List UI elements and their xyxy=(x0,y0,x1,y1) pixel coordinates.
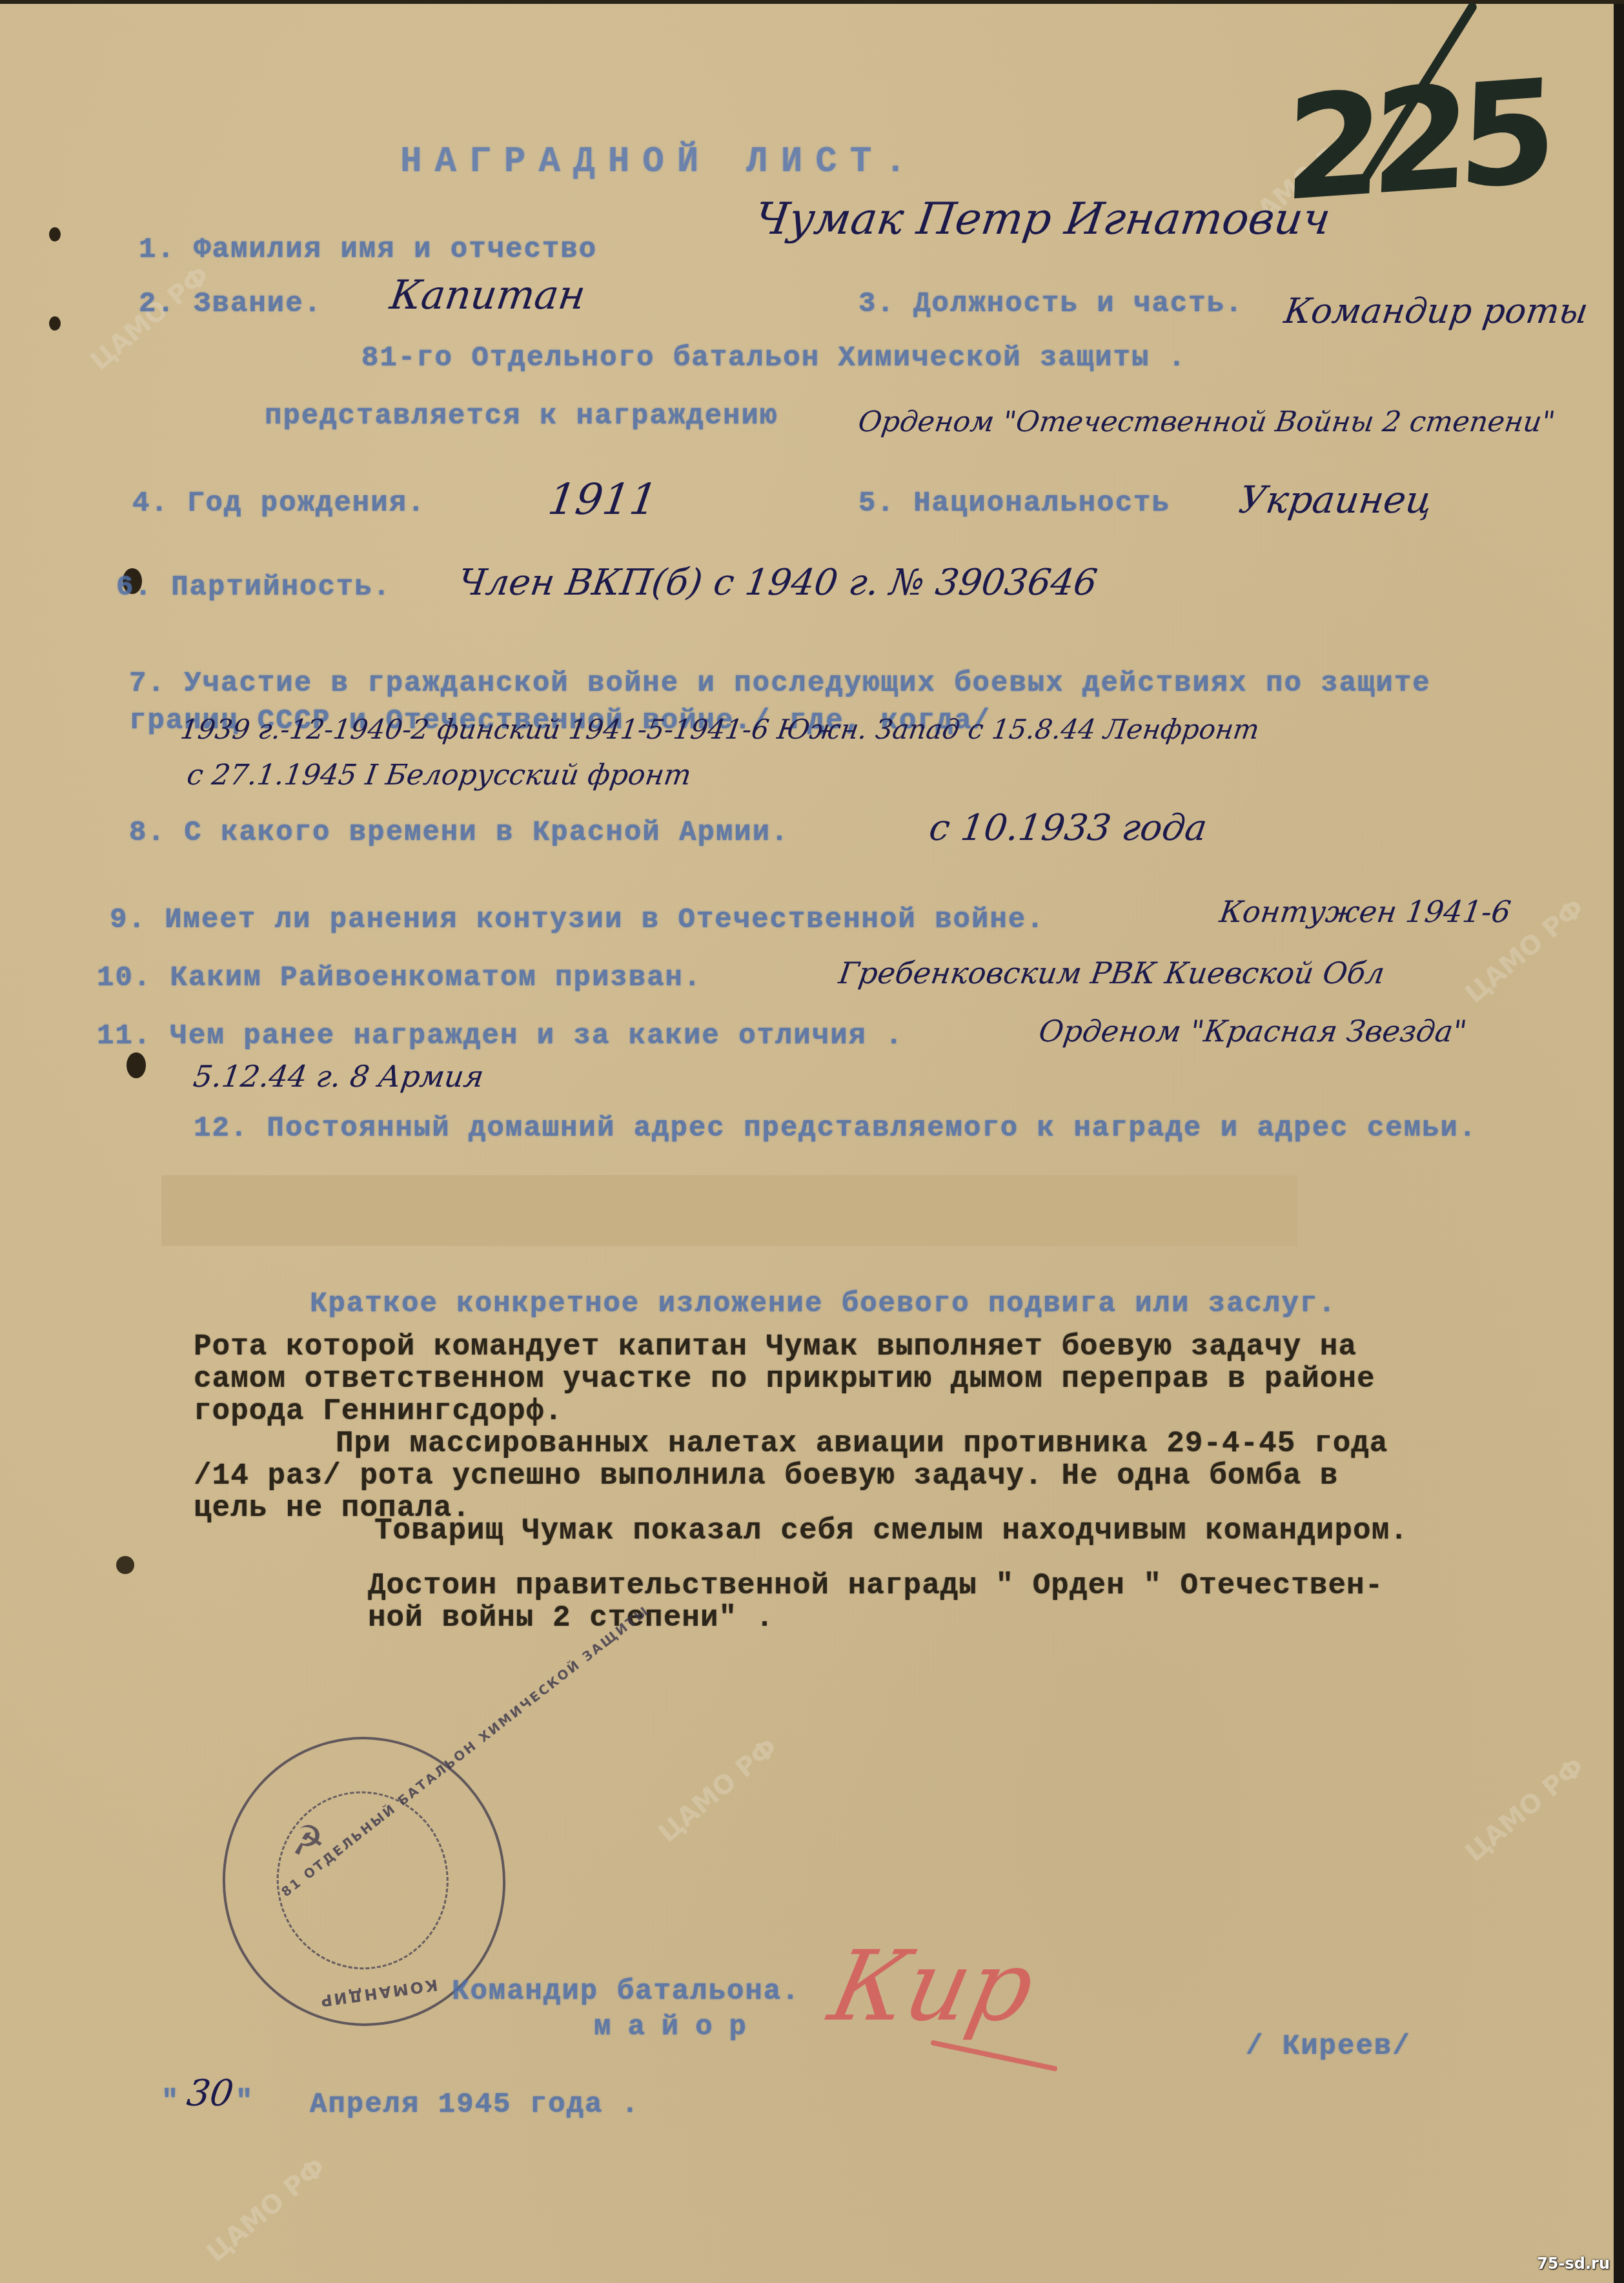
punch-hole xyxy=(49,316,61,331)
scan-edge-top xyxy=(0,0,1624,4)
field-value-previous-awards-cont: 5.12.44 г. 8 Армия xyxy=(191,1059,486,1094)
field-label-nationality: 5. Национальность xyxy=(858,487,1170,520)
field-label-position: 3. Должность и часть. xyxy=(858,288,1244,320)
document-title: НАГРАДНОЙ ЛИСТ. xyxy=(400,141,919,182)
narrative-line: Товарищ Чумак показал себя смелым находч… xyxy=(374,1514,1408,1548)
field-label-rank: 2. Звание. xyxy=(139,288,322,320)
field-value-combat-line1: 1939 г.-12-1940-2 финский 1941-5-1941-6 … xyxy=(179,713,1262,745)
narrative-line: Достоин правительственной награды " Орде… xyxy=(368,1569,1383,1602)
punch-hole xyxy=(116,1556,134,1574)
field-value-name: Чумак Петр Игнатович xyxy=(751,194,1334,245)
narrative-line: самом ответственном участке по прикрытию… xyxy=(194,1362,1375,1396)
field-value-army-since: с 10.1933 года xyxy=(926,807,1210,849)
field-label-army-since: 8. С какого времени в Красной Армии. xyxy=(129,817,789,849)
narrative-heading: Краткое конкретное изложение боевого под… xyxy=(310,1288,1337,1320)
field-label-nomination: представляется к награждению xyxy=(265,400,778,433)
punch-hole xyxy=(49,227,61,241)
site-watermark: 75-sd.ru xyxy=(1537,2255,1610,2273)
field-value-nationality: Украинец xyxy=(1236,478,1435,522)
date-quote-close: " xyxy=(236,2085,254,2118)
field-value-draft-office: Гребенковским РВК Киевской Обл xyxy=(837,956,1386,990)
date-month-year: Апреля 1945 года . xyxy=(310,2089,640,2121)
narrative-line: Рота которой командует капитан Чумак вып… xyxy=(194,1330,1357,1364)
field-label-party: 6. Партийность. xyxy=(116,571,391,604)
field-label-draft-office: 10. Каким Райвоенкоматом призван. xyxy=(97,962,702,994)
field-label-wounds: 9. Имеет ли ранения контузии в Отечестве… xyxy=(110,904,1045,936)
field-value-birth-year: 1911 xyxy=(545,475,661,524)
signoff-rank: майор xyxy=(594,2011,763,2043)
field-value-rank: Капитан xyxy=(387,271,589,318)
field-value-unit: 81-го Отдельного батальон Химической защ… xyxy=(361,342,1186,374)
field-label-birth-year: 4. Год рождения. xyxy=(132,487,425,520)
signoff-title: Командир батальона. xyxy=(452,1976,800,2008)
field-value-previous-awards: Орденом "Красная Звезда" xyxy=(1037,1014,1469,1049)
field-label-previous-awards: 11. Чем ранее награжден и за какие отлич… xyxy=(97,1020,904,1052)
stamp-text-bottom: КОМАНДИР xyxy=(318,1976,439,2011)
field-value-position: Командир роты xyxy=(1282,291,1591,331)
date-day: 30 xyxy=(184,2073,236,2114)
narrative-line: ной войны 2 степени" . xyxy=(368,1601,774,1635)
narrative-line: города Геннингсдорф. xyxy=(194,1395,563,1428)
narrative-line: /14 раз/ рота успешно выполнила боевую з… xyxy=(194,1459,1338,1493)
field-label-address: 12. Постоянный домашний адрес представля… xyxy=(194,1111,1485,1147)
field-value-combat-line2: с 27.1.1945 I Белорусский фронт xyxy=(185,759,693,792)
punch-hole xyxy=(127,1052,146,1078)
signoff-name: / Киреев/ xyxy=(1246,2031,1411,2063)
date-quote-open: " xyxy=(161,2085,179,2118)
field-label-name: 1. Фамилия имя и отчество xyxy=(139,234,597,266)
field-value-party: Член ВКП(б) с 1940 г. № 3903646 xyxy=(455,562,1099,604)
field-value-wounds: Контужен 1941-6 xyxy=(1217,894,1513,929)
redacted-address xyxy=(161,1175,1297,1246)
narrative-line: При массированных налетах авиации против… xyxy=(336,1427,1388,1460)
commander-signature: Кир xyxy=(821,1930,1044,2043)
scan-edge xyxy=(1614,0,1624,2283)
field-value-nomination: Орденом "Отечественной Войны 2 степени" xyxy=(856,405,1557,438)
